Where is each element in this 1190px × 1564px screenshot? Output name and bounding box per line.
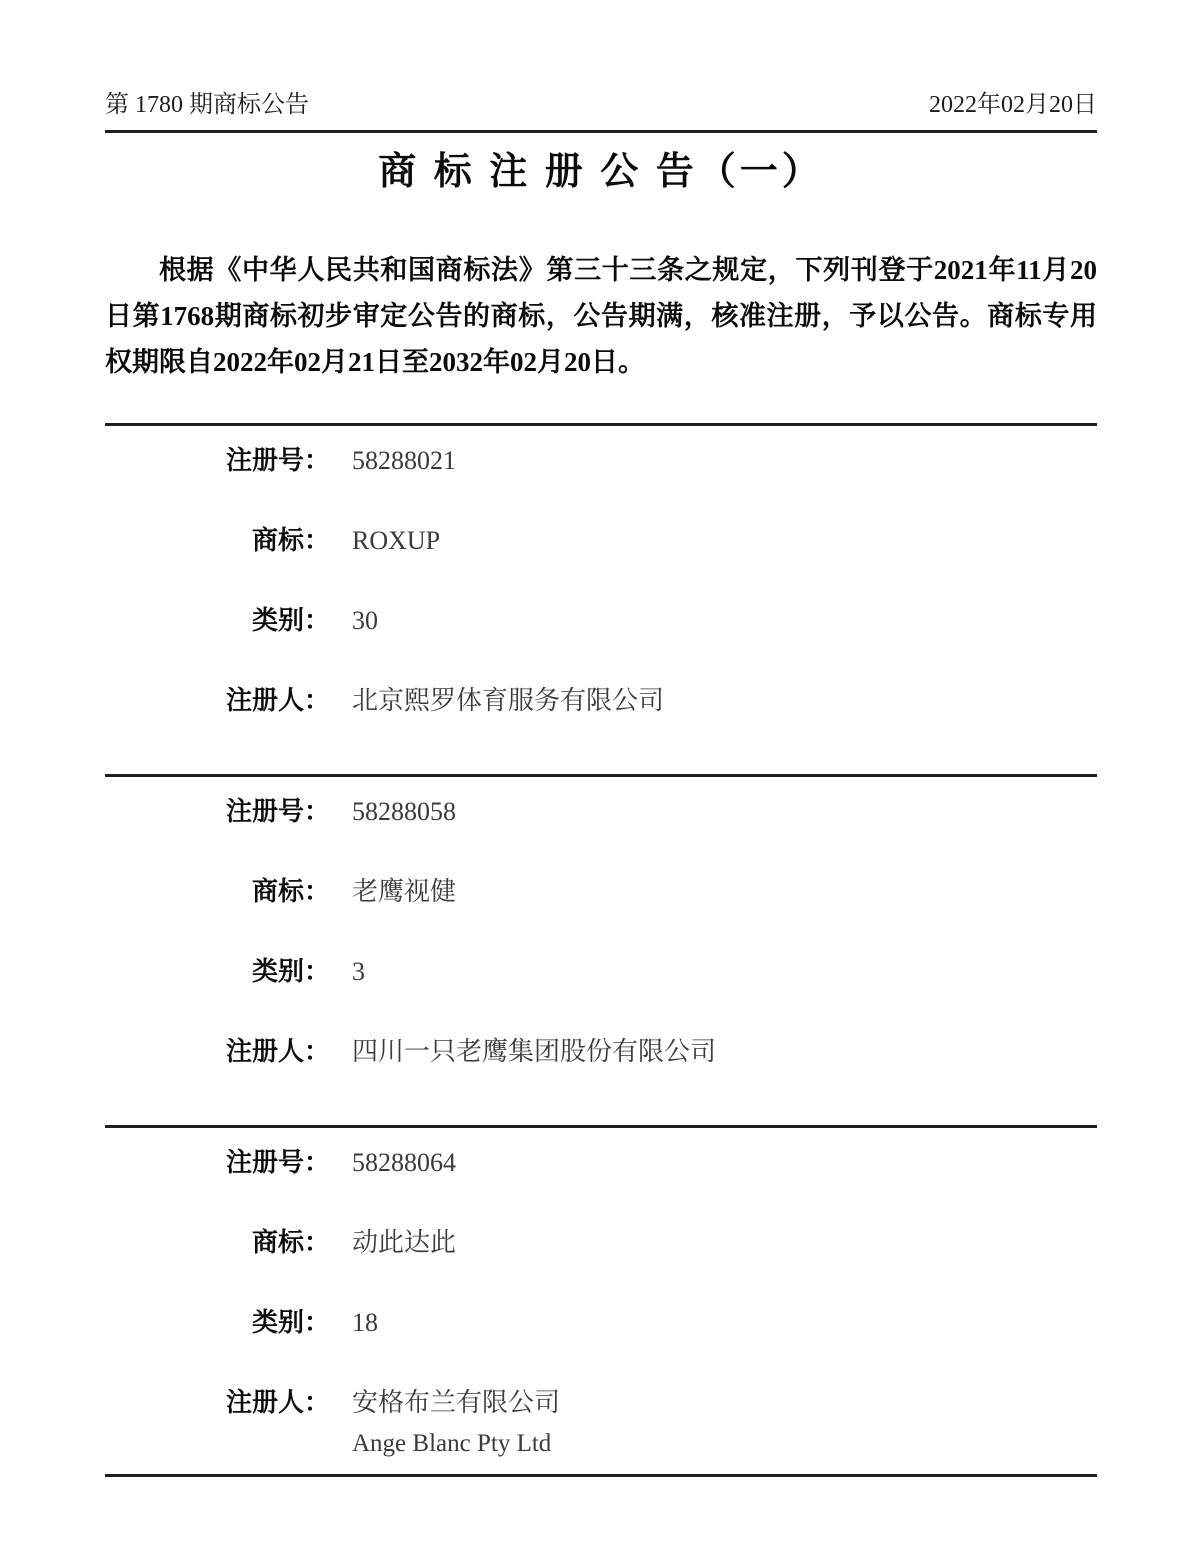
registrant-label: 注册人： bbox=[105, 684, 330, 718]
reg-no-row: 注册号： 58288058 bbox=[105, 795, 1097, 829]
class-row: 类别： 18 bbox=[105, 1306, 1097, 1340]
registrant-english-name: Ange Blanc Pty Ltd bbox=[352, 1428, 1097, 1460]
trademark-row: 商标： ROXUP bbox=[105, 524, 1097, 558]
intro-paragraph: 根据《中华人民共和国商标法》第三十三条之规定，下列刊登于2021年11月20日第… bbox=[105, 247, 1097, 385]
record-divider bbox=[105, 1125, 1097, 1128]
registrant-value: 安格布兰有限公司 bbox=[352, 1386, 560, 1420]
reg-no-value: 58288058 bbox=[352, 795, 456, 829]
registrant-value: 四川一只老鹰集团股份有限公司 bbox=[352, 1035, 716, 1069]
registrant-label: 注册人： bbox=[105, 1035, 330, 1069]
trademark-record-1: 注册号： 58288021 商标： ROXUP 类别： 30 注册人： 北京熙罗… bbox=[105, 423, 1097, 718]
trademark-record-2: 注册号： 58288058 商标： 老鹰视健 类别： 3 注册人： 四川一只老鹰… bbox=[105, 774, 1097, 1069]
trademark-record-3: 注册号： 58288064 商标： 动此达此 类别： 18 注册人： 安格布兰有… bbox=[105, 1125, 1097, 1460]
trademark-value: 动此达此 bbox=[352, 1226, 456, 1260]
record-divider bbox=[105, 774, 1097, 777]
page-header: 第 1780 期商标公告 2022年02月20日 bbox=[105, 90, 1097, 120]
class-value: 3 bbox=[352, 955, 365, 989]
class-value: 18 bbox=[352, 1306, 378, 1340]
header-divider bbox=[105, 130, 1097, 133]
class-value: 30 bbox=[352, 604, 378, 638]
reg-no-label: 注册号： bbox=[105, 444, 330, 478]
page-title: 商 标 注 册 公 告（一） bbox=[105, 147, 1097, 197]
trademark-label: 商标： bbox=[105, 1226, 330, 1260]
class-label: 类别： bbox=[105, 1306, 330, 1340]
reg-no-label: 注册号： bbox=[105, 1146, 330, 1180]
trademark-label: 商标： bbox=[105, 875, 330, 909]
bottom-divider bbox=[105, 1474, 1097, 1477]
class-row: 类别： 30 bbox=[105, 604, 1097, 638]
reg-no-value: 58288064 bbox=[352, 1146, 456, 1180]
trademark-row: 商标： 老鹰视健 bbox=[105, 875, 1097, 909]
class-row: 类别： 3 bbox=[105, 955, 1097, 989]
publication-date-text: 2022年02月20日 bbox=[929, 90, 1097, 120]
registrant-label: 注册人： bbox=[105, 1386, 330, 1420]
reg-no-row: 注册号： 58288021 bbox=[105, 444, 1097, 478]
reg-no-value: 58288021 bbox=[352, 444, 456, 478]
trademark-label: 商标： bbox=[105, 524, 330, 558]
issue-number-text: 第 1780 期商标公告 bbox=[105, 90, 309, 120]
reg-no-label: 注册号： bbox=[105, 795, 330, 829]
registrant-row: 注册人： 四川一只老鹰集团股份有限公司 bbox=[105, 1035, 1097, 1069]
record-divider bbox=[105, 423, 1097, 426]
reg-no-row: 注册号： 58288064 bbox=[105, 1146, 1097, 1180]
trademark-value: ROXUP bbox=[352, 524, 440, 558]
trademark-row: 商标： 动此达此 bbox=[105, 1226, 1097, 1260]
registrant-value: 北京熙罗体育服务有限公司 bbox=[352, 684, 664, 718]
registrant-row: 注册人： 安格布兰有限公司 bbox=[105, 1386, 1097, 1420]
class-label: 类别： bbox=[105, 604, 330, 638]
registrant-row: 注册人： 北京熙罗体育服务有限公司 bbox=[105, 684, 1097, 718]
trademark-value: 老鹰视健 bbox=[352, 875, 456, 909]
class-label: 类别： bbox=[105, 955, 330, 989]
announcement-page: 第 1780 期商标公告 2022年02月20日 商 标 注 册 公 告（一） … bbox=[0, 0, 1190, 1564]
